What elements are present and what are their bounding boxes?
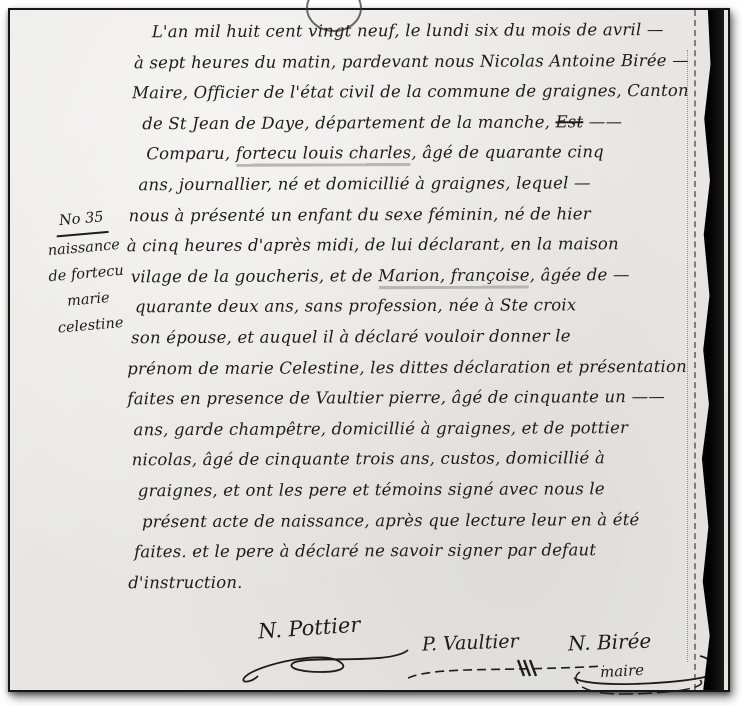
body-line-text: nicolas, âgé de cinquante trois ans, cus… xyxy=(132,449,605,470)
body-line: faites. et le pere à déclaré ne savoir s… xyxy=(134,535,724,568)
body-line: faites en presence de Vaultier pierre, â… xyxy=(127,382,723,415)
signature-pottier: N. Pottier xyxy=(257,612,361,643)
body-line-text: faites en presence de Vaultier pierre, â… xyxy=(127,387,665,408)
body-line-text: Maire, Officier de l'état civil de la co… xyxy=(132,81,689,102)
body-line: quarante deux ans, sans profession, née … xyxy=(135,290,723,323)
signature-biree: N. Birée xyxy=(568,629,652,656)
body-line-text: présent acte de naissance, après que lec… xyxy=(142,510,640,531)
body-line-text: ans, journallier, né et domicillié à gra… xyxy=(138,173,590,194)
signature-vaultier: P. Vaultier xyxy=(422,630,519,655)
body-line: de St Jean de Daye, département de la ma… xyxy=(142,106,722,139)
act-number: No 35 xyxy=(54,204,109,237)
body-line-text: faites. et le pere à déclaré ne savoir s… xyxy=(134,540,596,561)
body-line-text: son épouse, et auquel il à déclaré voulo… xyxy=(131,326,571,347)
body-line-text: Comparu, xyxy=(146,144,236,163)
body-line-text: prénom de marie Celestine, les dittes dé… xyxy=(127,356,687,377)
body-line: à cinq heures d'après midi, de lui décla… xyxy=(127,229,723,262)
act-body-text: L'an mil huit cent vingt neuf, le lundi … xyxy=(126,15,725,599)
margin-note: No 35 naissance de fortecu marie celesti… xyxy=(30,202,141,343)
body-line-text: graignes, et ont les pere et témoins sig… xyxy=(138,479,605,500)
struck-word: Est xyxy=(555,112,583,131)
body-line: ans, journallier, né et domicillié à gra… xyxy=(138,168,722,201)
body-line-text: —— xyxy=(583,112,622,131)
body-line: nicolas, âgé de cinquante trois ans, cus… xyxy=(132,443,724,476)
body-line: son épouse, et auquel il à déclaré voulo… xyxy=(131,321,723,354)
body-line-text: quarante deux ans, sans profession, née … xyxy=(135,296,576,317)
underlined-father-name: fortecu louis charles xyxy=(236,143,412,164)
body-line: d'instruction. xyxy=(128,565,724,598)
body-line: nous à présenté un enfant du sexe fémini… xyxy=(129,198,723,231)
body-line: Maire, Officier de l'état civil de la co… xyxy=(132,76,722,109)
body-line-text: de St Jean de Daye, département de la ma… xyxy=(142,112,555,133)
pottier-flourish xyxy=(240,646,420,686)
body-line: vilage de la goucheris, et de Marion, fr… xyxy=(131,259,723,292)
body-line: Comparu, fortecu louis charles, âgé de q… xyxy=(146,137,722,170)
underlined-mother-name: Marion, françoise xyxy=(378,265,530,286)
body-line: L'an mil huit cent vingt neuf, le lundi … xyxy=(152,15,722,48)
scanned-birth-record: { "margin_note": { "number": "No 35", "l… xyxy=(0,0,742,706)
body-line-text: d'instruction. xyxy=(128,572,242,591)
body-line: prénom de marie Celestine, les dittes dé… xyxy=(127,351,723,384)
body-line: graignes, et ont les pere et témoins sig… xyxy=(138,474,724,507)
body-line-text: à cinq heures d'après midi, de lui décla… xyxy=(127,234,619,255)
body-line-text: à sept heures du matin, pardevant nous N… xyxy=(134,50,689,71)
body-line-text: , âgé de quarante cinq xyxy=(411,143,604,163)
body-line: à sept heures du matin, pardevant nous N… xyxy=(134,45,722,78)
page-edge-speckles xyxy=(687,50,688,662)
page-edge-crease xyxy=(694,10,696,690)
scanned-page: L'an mil huit cent vingt neuf, le lundi … xyxy=(8,8,730,692)
body-line: présent acte de naissance, après que lec… xyxy=(142,504,724,537)
body-line-text: ans, garde champêtre, domicillié à graig… xyxy=(133,418,628,439)
body-line: ans, garde champêtre, domicillié à graig… xyxy=(133,412,723,445)
body-line-text: , âgée de — xyxy=(530,265,630,284)
body-line-text: L'an mil huit cent vingt neuf, le lundi … xyxy=(152,20,664,41)
body-line-text: vilage de la goucheris, et de xyxy=(131,266,378,286)
body-line-text: nous à présenté un enfant du sexe fémini… xyxy=(129,204,591,225)
